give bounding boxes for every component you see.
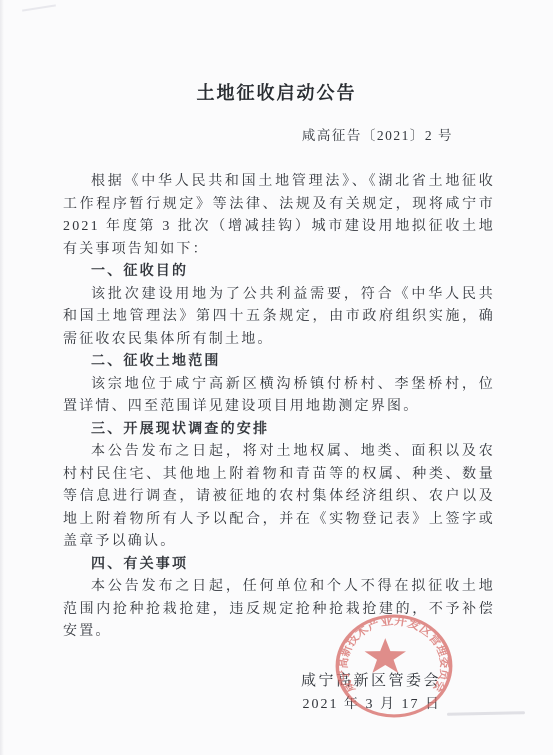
body-paragraph: 该宗地位于咸宁高新区横沟桥镇付桥村、李堡桥村，位置详情、四至范围详见建设项目用地… (63, 374, 495, 419)
section-heading: 一、征收目的 (63, 261, 495, 284)
scan-edge-shade (0, 0, 4, 755)
issuing-authority: 咸宁高新区管委会 (63, 670, 441, 693)
section-heading: 三、开展现状调查的安排 (63, 419, 495, 442)
body-paragraph: 根据《中华人民共和国土地管理法》、《湖北省土地征收工作程序暂行规定》等法律、法规… (63, 171, 495, 261)
signature-block: 咸宁高新区管委会 2021 年 3 月 17 日 (63, 670, 495, 716)
body-paragraph: 本公告发布之日起，任何单位和个人不得在拟征收土地范围内抢种抢栽抢建，违反规定抢种… (63, 576, 495, 644)
scanned-announcement-page: 土地征收启动公告 咸高征告〔2021〕2 号 根据《中华人民共和国土地管理法》、… (0, 0, 553, 755)
document-number: 咸高征告〔2021〕2 号 (0, 127, 553, 145)
document-body: 根据《中华人民共和国土地管理法》、《湖北省土地征收工作程序暂行规定》等法律、法规… (63, 171, 495, 644)
body-paragraph: 本公告发布之日起，将对土地权属、地类、面积以及农村村民住宅、其他地上附着物和青苗… (63, 441, 495, 554)
section-heading: 二、征收土地范围 (63, 351, 495, 374)
page-title: 土地征收启动公告 (0, 0, 553, 102)
body-paragraph: 该批次建设用地为了公共利益需要，符合《中华人民共和国土地管理法》第四十五条规定，… (63, 284, 495, 352)
section-heading: 四、有关事项 (63, 554, 495, 577)
issue-date: 2021 年 3 月 17 日 (63, 693, 441, 716)
